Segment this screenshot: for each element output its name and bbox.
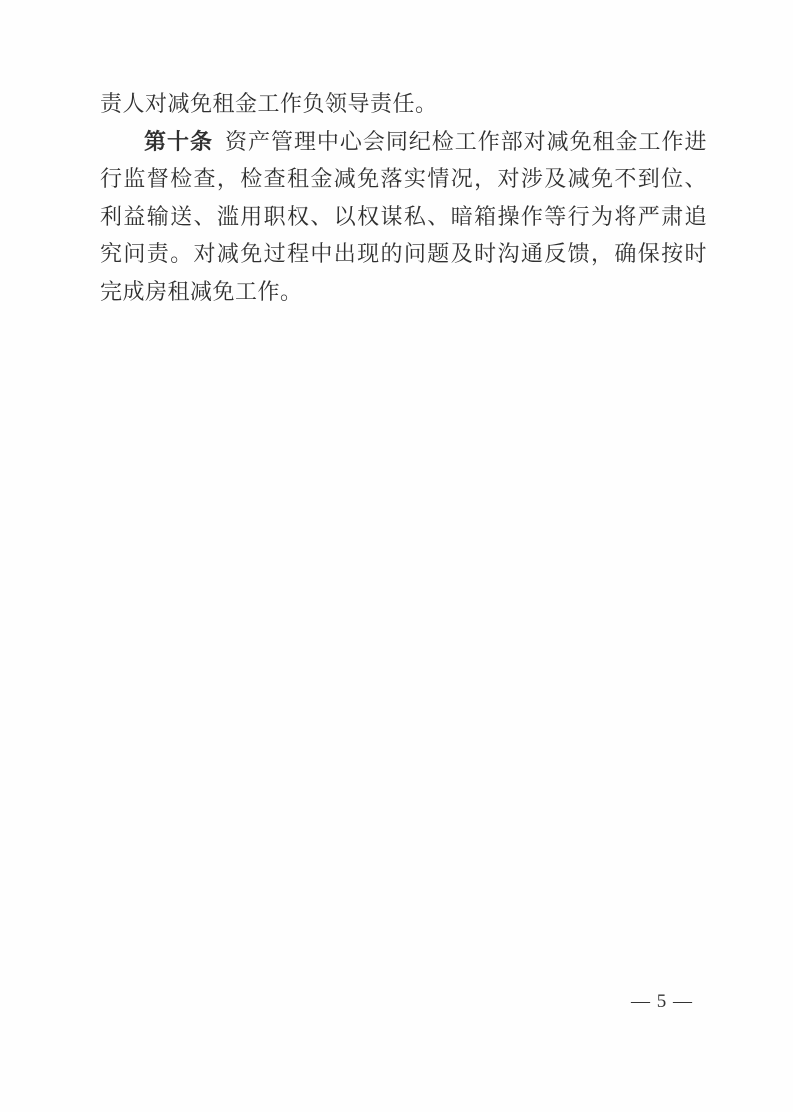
page-footer: — 5 —	[631, 991, 693, 1013]
paragraph-article-10: 第十条资产管理中心会同纪检工作部对减免租金工作进行监督检查，检查租金减免落实情况…	[100, 123, 707, 311]
paragraph-continuation: 责人对减免租金工作负领导责任。	[100, 85, 707, 123]
article-number-label: 第十条	[144, 129, 213, 154]
article-body-text: 资产管理中心会同纪检工作部对减免租金工作进行监督检查，检查租金减免落实情况，对涉…	[100, 129, 707, 304]
page-number: — 5 —	[631, 991, 693, 1012]
document-page: 责人对减免租金工作负领导责任。 第十条资产管理中心会同纪检工作部对减免租金工作进…	[0, 0, 793, 1112]
document-body: 责人对减免租金工作负领导责任。 第十条资产管理中心会同纪检工作部对减免租金工作进…	[100, 85, 707, 310]
